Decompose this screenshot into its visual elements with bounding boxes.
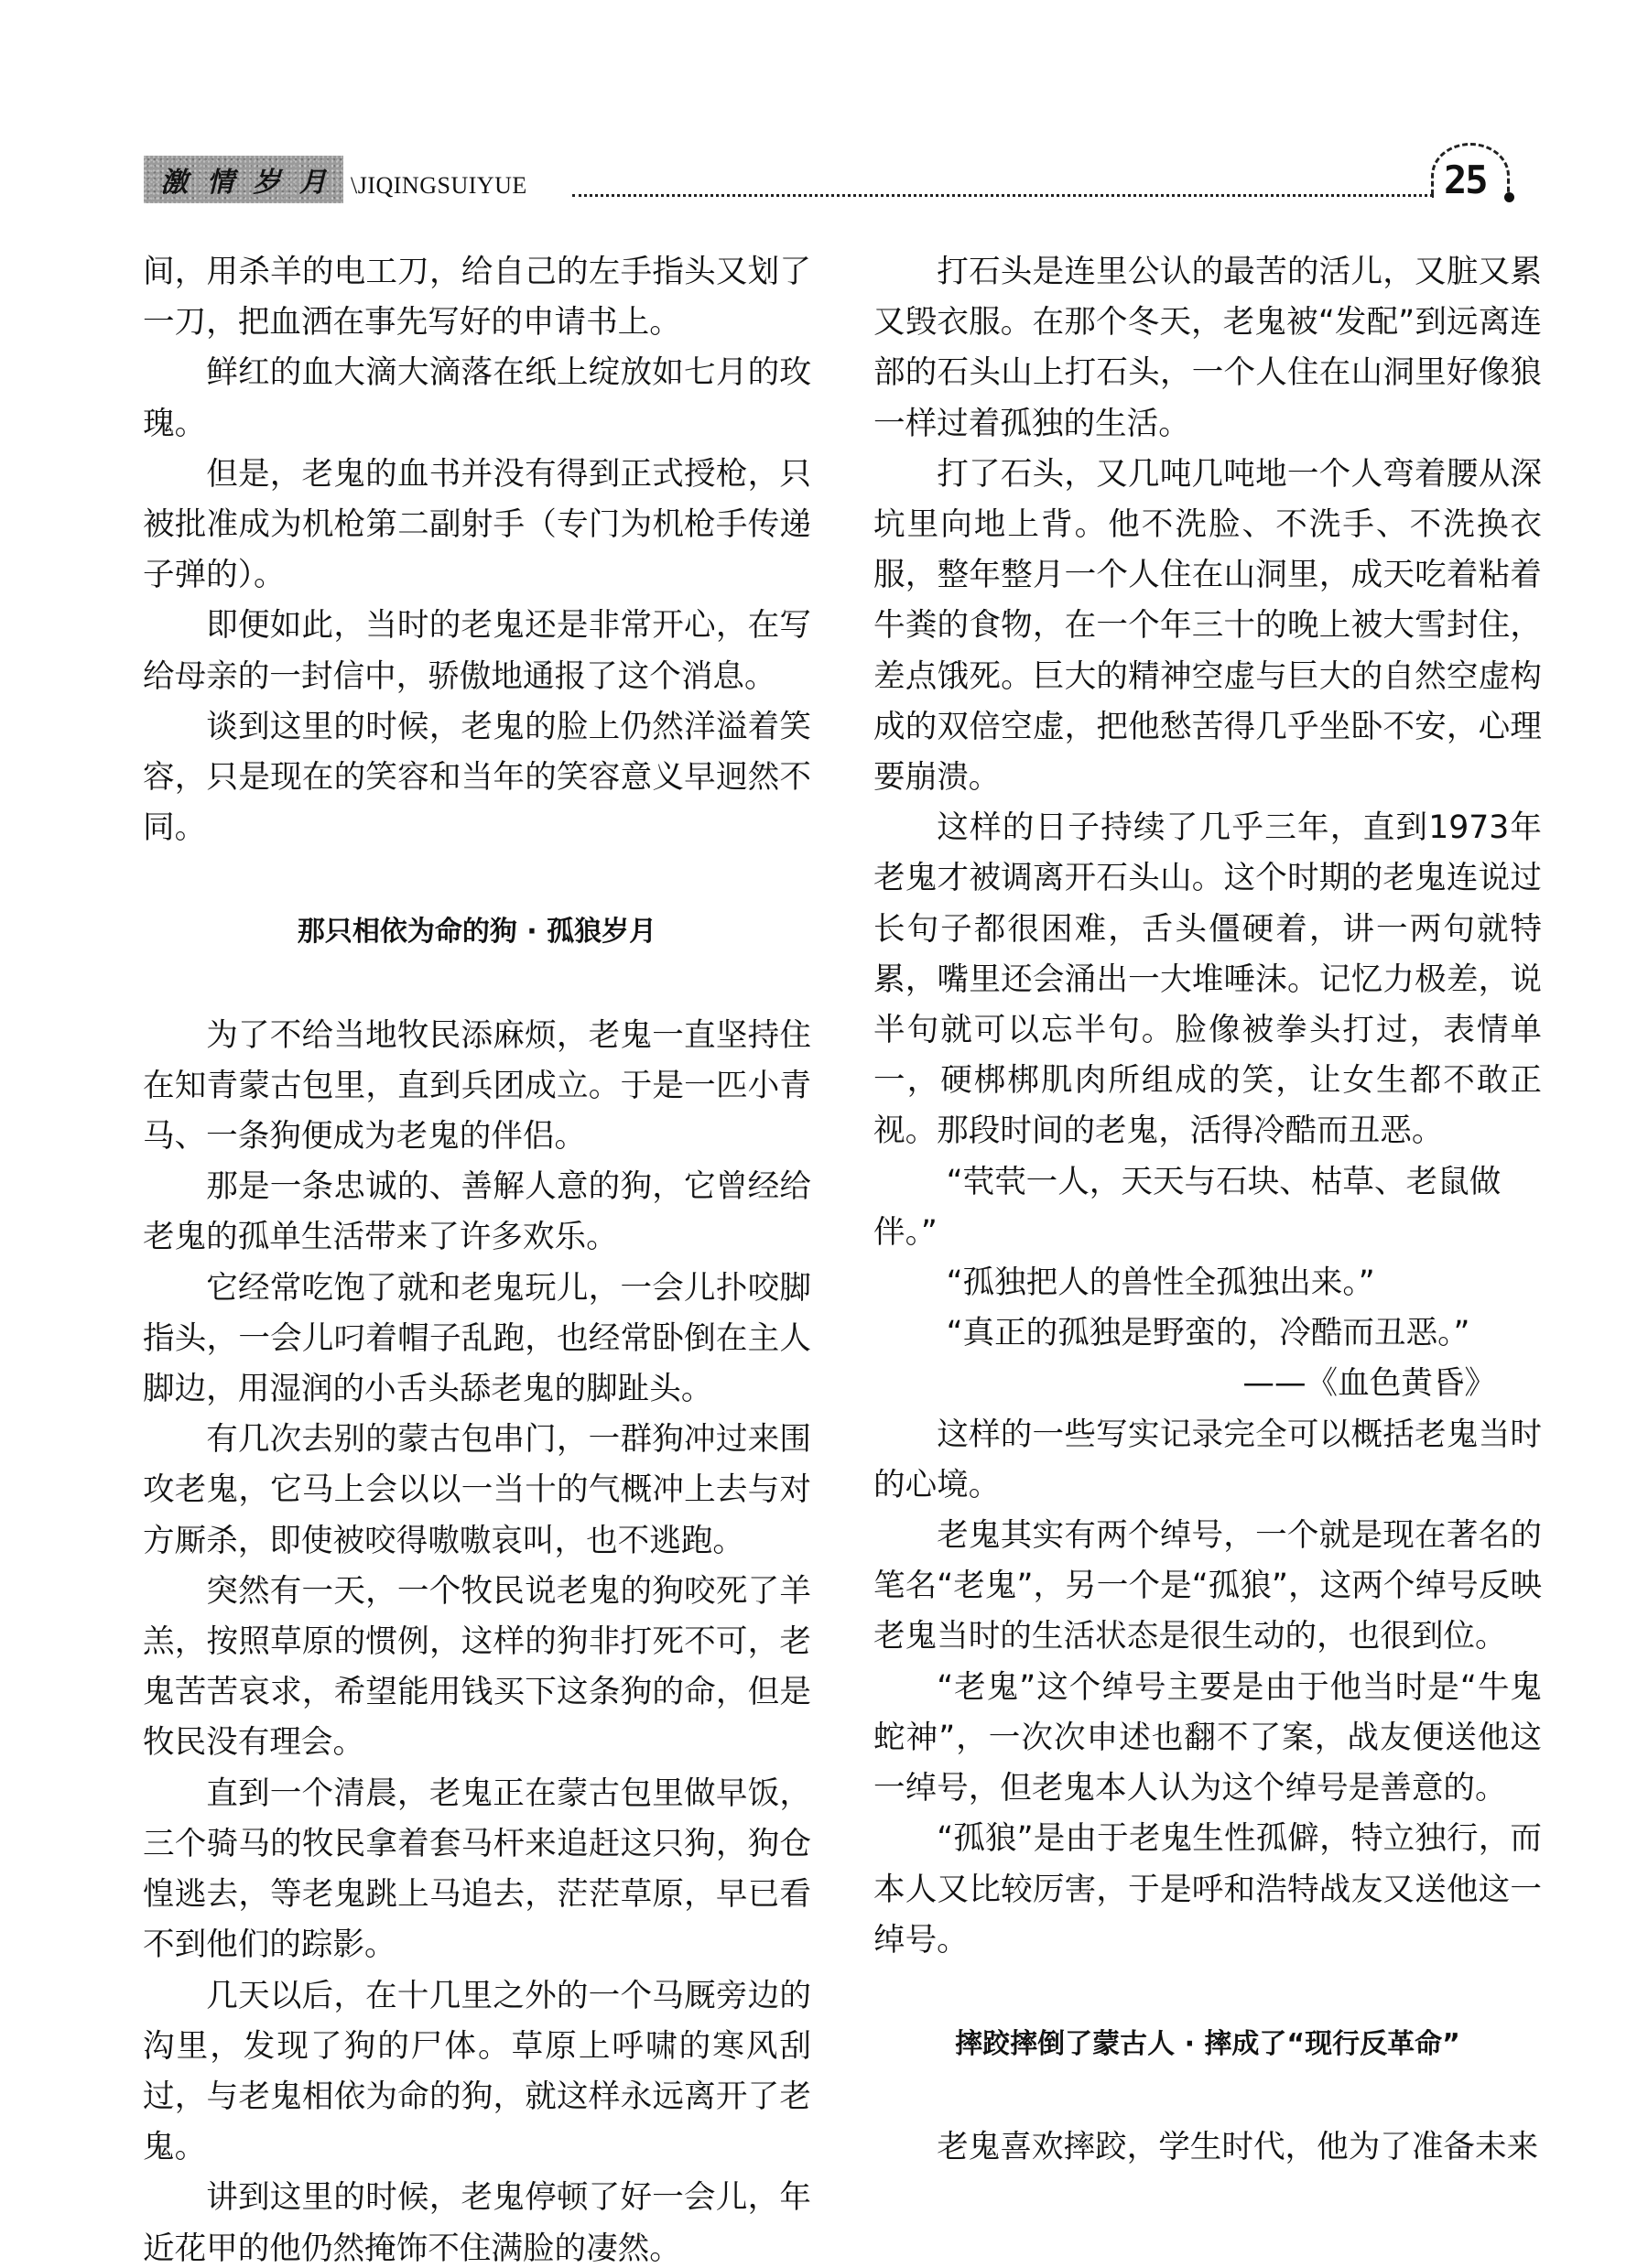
paragraph: 但是，老鬼的血书并没有得到正式授枪，只被批准成为机枪第二副射手（专门为机枪手传递… [143, 450, 811, 602]
paragraph: 为了不给当地牧民添麻烦，老鬼一直坚持住在知青蒙古包里，直到兵团成立。于是一匹小青… [143, 1011, 811, 1163]
section-heading: 摔跤摔倒了蒙古人 · 摔成了“现行反革命” [873, 2019, 1542, 2069]
left-column: 间，用杀羊的电工刀，给自己的左手指头又划了一刀，把血洒在事先写好的申请书上。 鲜… [143, 247, 811, 2268]
paragraph: 老鬼喜欢摔跤，学生时代，他为了准备未来 [873, 2122, 1542, 2173]
paragraph: 几天以后，在十几里之外的一个马厩旁边的沟里，发现了狗的尸体。草原上呼啸的寒风刮过… [143, 1971, 811, 2174]
paragraph: “老鬼”这个绰号主要是由于他当时是“牛鬼蛇神”，一次次申述也翻不了案，战友便送他… [873, 1663, 1542, 1815]
logo-char: 激 [160, 159, 188, 200]
paragraph: 讲到这里的时候，老鬼停顿了好一会儿，年近花甲的他仍然掩饰不住满脸的凄然。 [143, 2173, 811, 2268]
spacer [873, 2069, 1542, 2122]
paragraph: 打了石头，又几吨几吨地一个人弯着腰从深坑里向地上背。他不洗脸、不洗手、不洗换衣服… [873, 450, 1542, 803]
paragraph: 间，用杀羊的电工刀，给自己的左手指头又划了一刀，把血洒在事先写好的申请书上。 [143, 247, 811, 348]
spacer [143, 853, 811, 906]
paragraph: 打石头是连里公认的最苦的活儿，又脏又累又毁衣服。在那个冬天，老鬼被“发配”到远离… [873, 247, 1542, 450]
page-header: 激 情 岁 月 \JIQINGSUIYUE 25 [142, 156, 1570, 211]
page-number: 25 [1444, 157, 1487, 202]
paragraph: 直到一个清晨，老鬼正在蒙古包里做早饭，三个骑马的牧民拿着套马杆来追赶这只狗，狗仓… [143, 1769, 811, 1971]
logo-char: 情 [207, 159, 234, 200]
paragraph: 那是一条忠诚的、善解人意的狗，它曾经给老鬼的孤单生活带来了许多欢乐。 [143, 1162, 811, 1263]
logo-char: 岁 [253, 159, 280, 200]
paragraph: “孤狼”是由于老鬼生性孤僻，特立独行，而本人又比较厉害，于是呼和浩特战友又送他这… [873, 1814, 1542, 1966]
block-quote: “茕茕一人，天天与石块、枯草、老鼠做伴。” [873, 1157, 1542, 1258]
page-number-badge: 25 [1424, 139, 1524, 212]
quote-attribution: ——《血色黄昏》 [873, 1359, 1542, 1409]
block-quote: “真正的孤独是野蛮的，冷酷而丑恶。” [873, 1308, 1542, 1359]
paragraph: 这样的日子持续了几乎三年，直到1973年老鬼才被调离开石头山。这个时期的老鬼连说… [873, 803, 1542, 1156]
right-column: 打石头是连里公认的最苦的活儿，又脏又累又毁衣服。在那个冬天，老鬼被“发配”到远离… [873, 247, 1542, 2173]
section-heading: 那只相依为命的狗 · 孤狼岁月 [143, 906, 811, 957]
dot-icon [1504, 192, 1514, 202]
paragraph: 它经常吃饱了就和老鬼玩儿，一会儿扑咬脚指头，一会儿叼着帽子乱跑，也经常卧倒在主人… [143, 1264, 811, 1416]
paragraph: 老鬼其实有两个绰号，一个就是现在著名的笔名“老鬼”，另一个是“孤狼”，这两个绰号… [873, 1511, 1542, 1663]
paragraph: 谈到这里的时候，老鬼的脸上仍然洋溢着笑容，只是现在的笑容和当年的笑容意义早迥然不… [143, 702, 811, 854]
paragraph: 突然有一天，一个牧民说老鬼的狗咬死了羊羔，按照草原的惯例，这样的狗非打死不可，老… [143, 1567, 811, 1769]
paragraph: 鲜红的血大滴大滴落在纸上绽放如七月的玫瑰。 [143, 348, 811, 449]
column-title-pinyin: \JIQINGSUIYUE [351, 172, 527, 200]
spacer [143, 958, 811, 1011]
logo-char: 月 [299, 159, 327, 200]
paragraph: 这样的一些写实记录完全可以概括老鬼当时的心境。 [873, 1410, 1542, 1511]
block-quote: “孤独把人的兽性全孤独出来。” [873, 1258, 1542, 1308]
spacer [873, 1966, 1542, 2019]
paragraph: 有几次去别的蒙古包串门，一群狗冲过来围攻老鬼，它马上会以以一当十的气概冲上去与对… [143, 1415, 811, 1567]
column-logo: 激 情 岁 月 [144, 156, 343, 203]
dotted-leader [572, 194, 1433, 197]
paragraph: 即便如此，当时的老鬼还是非常开心，在写给母亲的一封信中，骄傲地通报了这个消息。 [143, 601, 811, 701]
